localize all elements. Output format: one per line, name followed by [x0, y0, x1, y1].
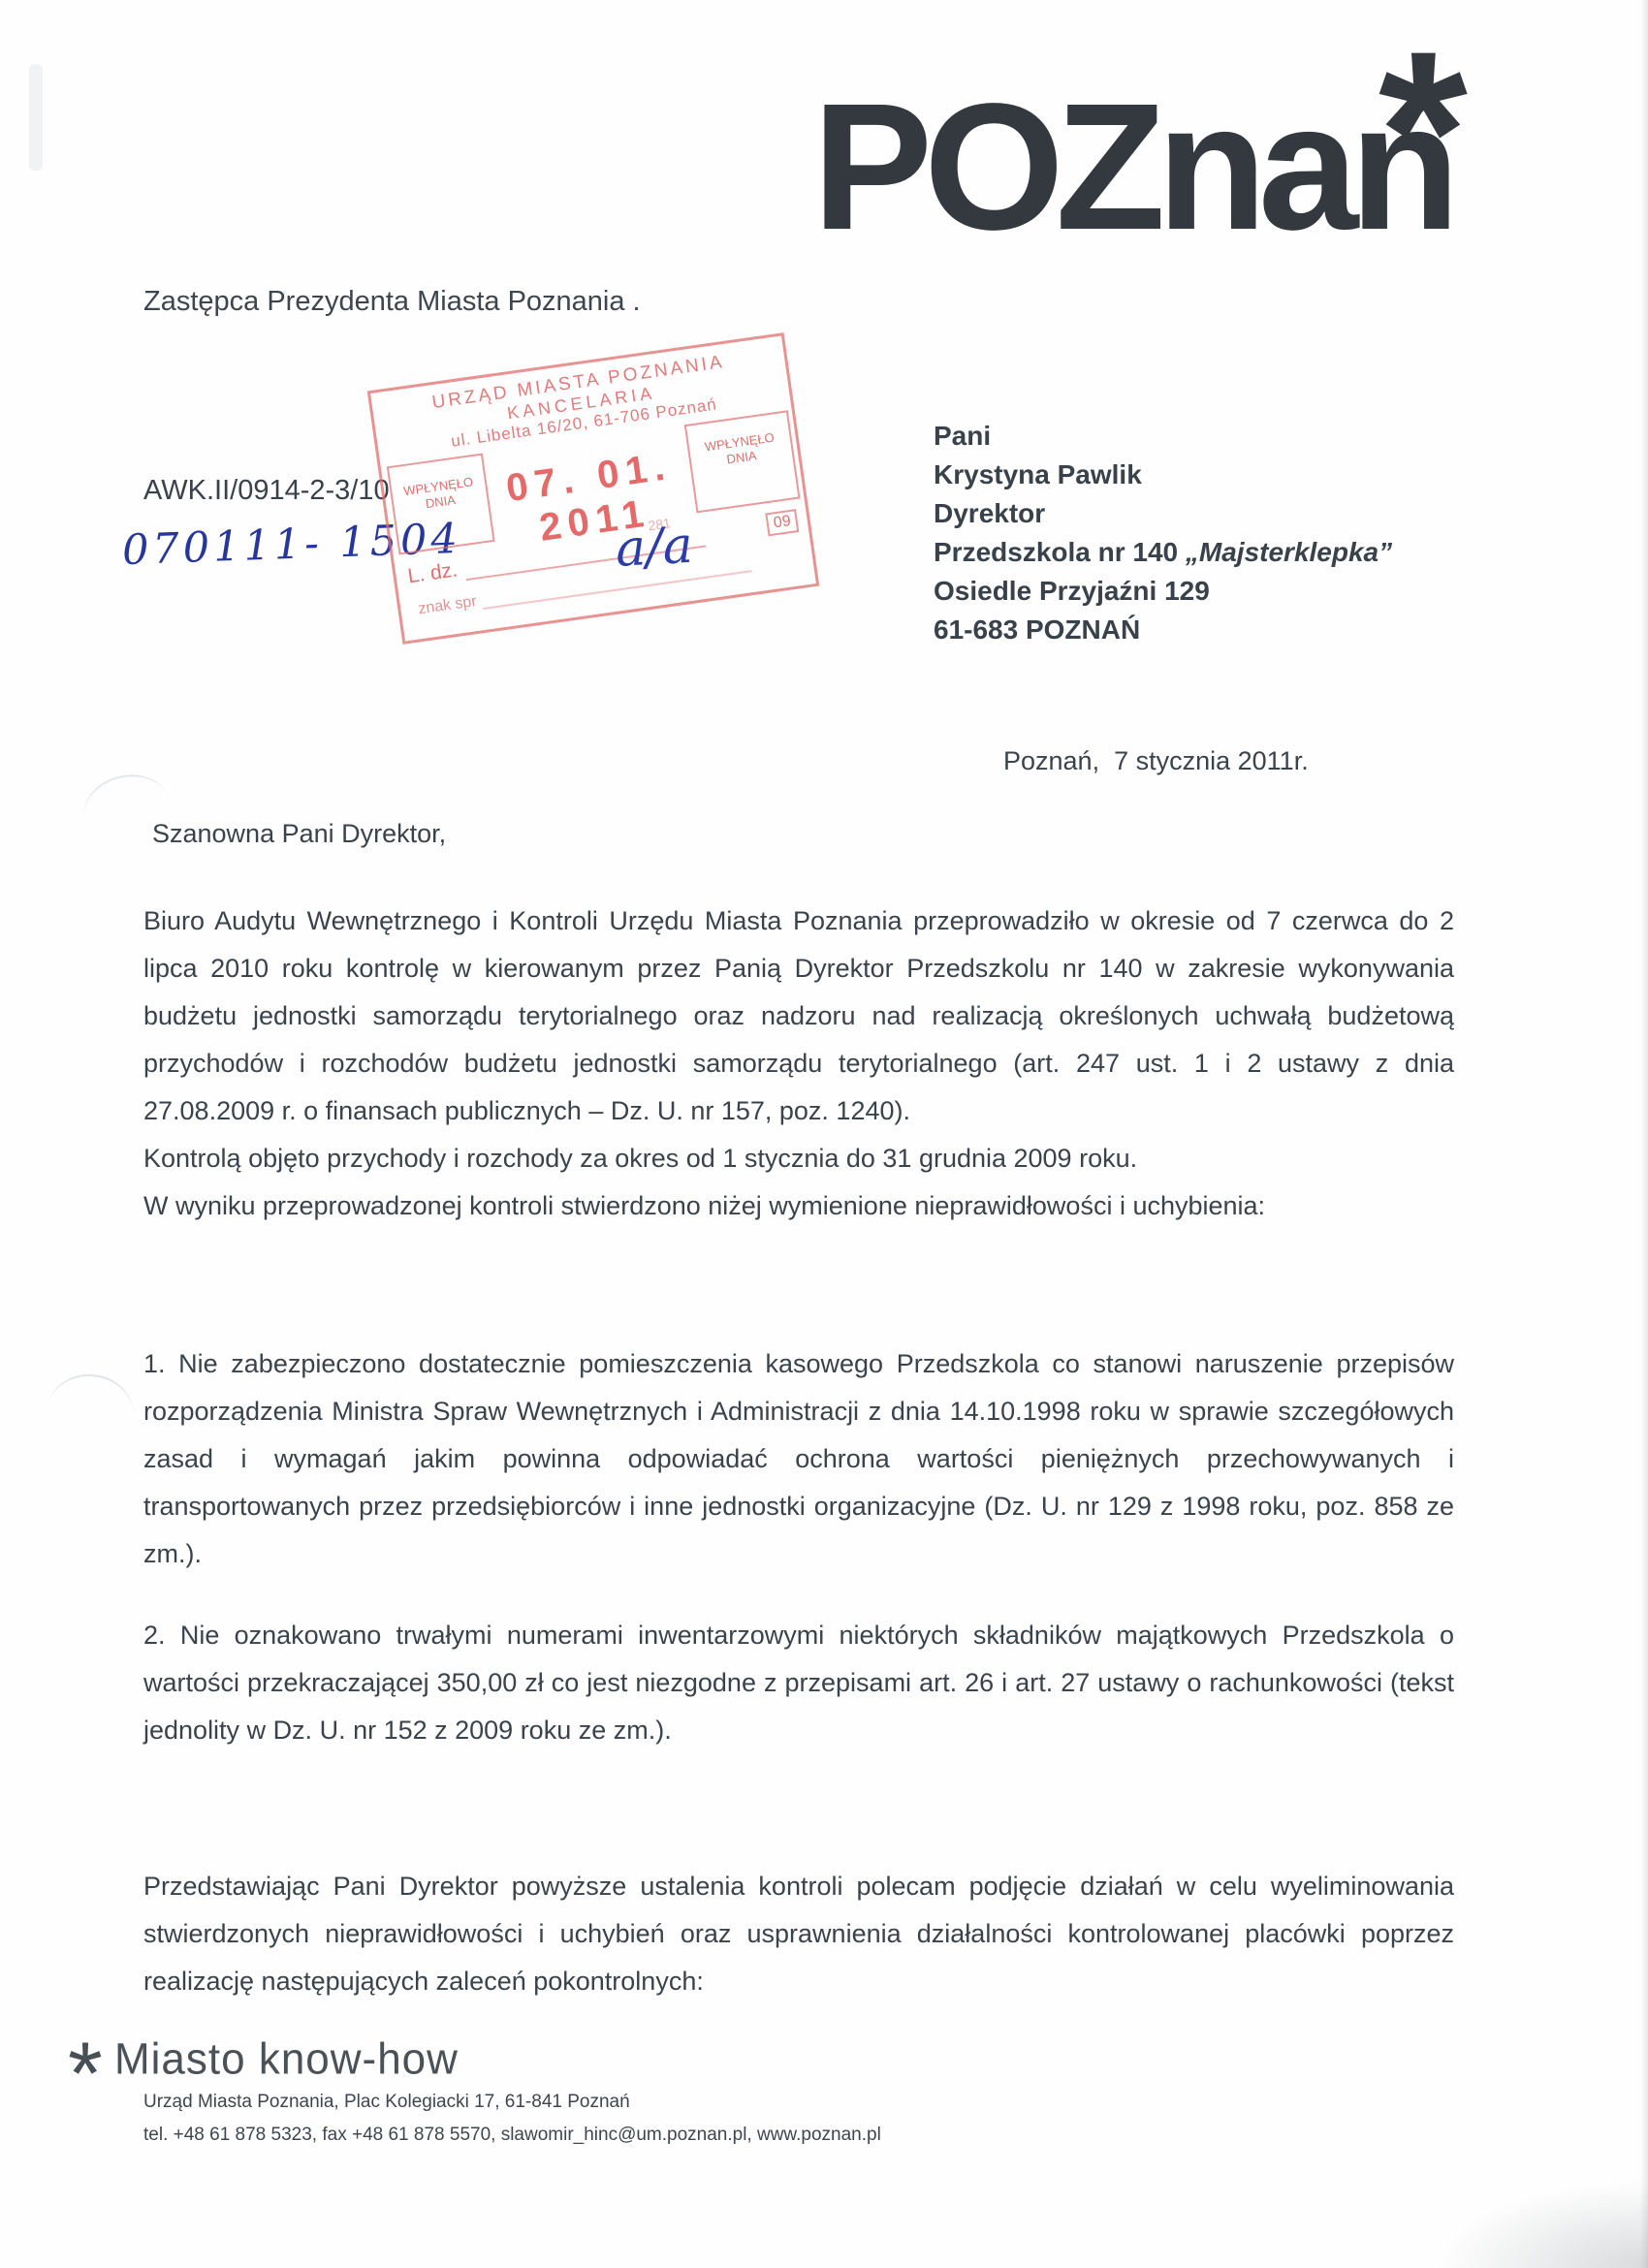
stamp-received-label-right: WPŁYNĘŁO DNIA	[684, 410, 801, 513]
institution-prefix: Przedszkola nr 140	[934, 537, 1186, 567]
closing-paragraph: Przedstawiając Pani Dyrektor powyższe us…	[143, 1863, 1454, 2005]
scan-edge-shadow	[1640, 0, 1648, 2268]
reference-number: AWK.II/0914-2-3/10	[143, 475, 390, 507]
stamp-corner-number: 09	[765, 509, 799, 536]
recipient-salutation: Pani	[934, 417, 1392, 456]
institution-name: „Majsterklepka”	[1186, 537, 1392, 567]
sender-title: Zastępca Prezydenta Miasta Poznania .	[143, 286, 641, 318]
recipient-institution: Przedszkola nr 140 „Majsterklepka”	[934, 533, 1392, 572]
finding-item-2: 2. Nie oznakowano trwałymi numerami inwe…	[143, 1612, 1454, 1754]
recipient-street: Osiedle Przyjaźni 129	[934, 572, 1392, 611]
footer-contact: tel. +48 61 878 5323, fax +48 61 878 557…	[143, 2125, 881, 2146]
stamp-znak-label: znak spr	[417, 593, 477, 617]
scanned-letter-page: { "letterhead": { "logo_text": "POZnań",…	[0, 0, 1648, 2268]
recipient-title: Dyrektor	[934, 494, 1392, 533]
recipient-block: Pani Krystyna Pawlik Dyrektor Przedszkol…	[934, 417, 1392, 649]
footer-address: Urząd Miasta Poznania, Plac Kolegiacki 1…	[143, 2092, 630, 2113]
scan-smudge	[29, 64, 43, 171]
poznan-logo: POZnań	[812, 78, 1451, 258]
body-paragraph-1: Biuro Audytu Wewnętrznego i Kontroli Urz…	[143, 898, 1454, 1230]
kancelaria-stamp: URZĄD MIASTA POZNANIA KANCELARIA ul. Lib…	[367, 332, 820, 645]
recipient-city: 61-683 POZNAŃ	[934, 611, 1392, 649]
scan-corner-shadow	[1435, 2181, 1648, 2268]
stamp-received-label-left: WPŁYNĘŁO DNIA	[387, 454, 495, 555]
paragraph-1-text: Biuro Audytu Wewnętrznego i Kontroli Urz…	[143, 898, 1454, 1135]
footer-asterisk-icon: *	[68, 2030, 103, 2119]
date-line: Poznań, 7 stycznia 2011r.	[1003, 746, 1309, 776]
paragraph-2-text: Kontrolą objęto przychody i rozchody za …	[143, 1135, 1454, 1182]
stamp-ldz-label: L. dz.	[406, 558, 459, 587]
letter-salutation: Szanowna Pani Dyrektor,	[152, 819, 446, 849]
poznan-logo-asterisk-icon: *	[1379, 17, 1468, 246]
handwritten-aa-note: a/a	[615, 517, 695, 579]
finding-item-1: 1. Nie zabezpieczono dostatecznie pomies…	[143, 1340, 1454, 1578]
footer-slogan: Miasto know-how	[114, 2034, 459, 2085]
recipient-name: Krystyna Pawlik	[934, 456, 1392, 494]
scan-arc-mark	[43, 1370, 138, 1459]
paragraph-3-text: W wyniku przeprowadzonej kontroli stwier…	[143, 1182, 1454, 1230]
